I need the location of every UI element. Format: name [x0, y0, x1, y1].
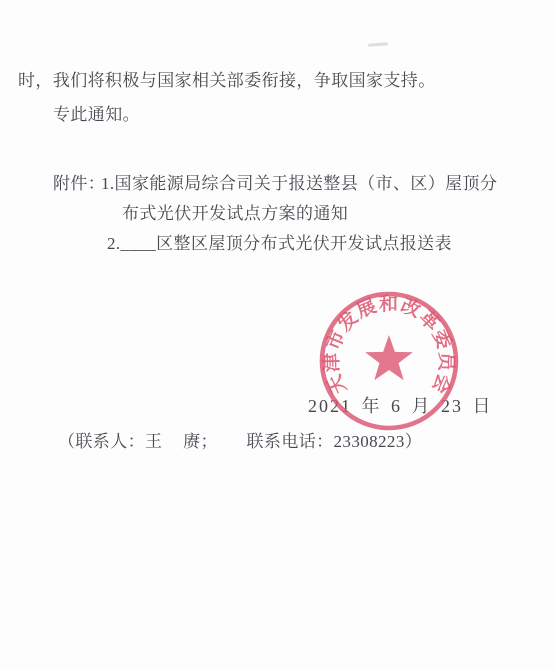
seal-text: 天津市发展和改革委员会	[320, 293, 457, 398]
body-paragraph-end: 时，我们将积极与国家相关部委衔接，争取国家支持。	[18, 66, 436, 91]
svg-text:天津市发展和改革委员会: 天津市发展和改革委员会	[320, 293, 457, 398]
contact-line: （联系人：王 赓； 联系电话：23308223）	[58, 427, 422, 452]
closing-phrase: 专此通知。	[53, 100, 140, 125]
document-date: 2021 年 6 月 23 日	[308, 392, 493, 418]
attachment-item2: 2.____区整区屋顶分布式光伏开发试点报送表	[107, 229, 452, 254]
star-icon	[365, 335, 413, 380]
scanned-document-page: 时，我们将积极与国家相关部委衔接，争取国家支持。 专此通知。 附件： 1.国家能…	[0, 0, 556, 670]
attachment-item1-line1: 1.国家能源局综合司关于报送整县（市、区）屋顶分	[101, 169, 497, 194]
contact-phone: 联系电话：23308223）	[247, 432, 423, 451]
official-seal: 天津市发展和改革委员会	[299, 271, 479, 451]
attachment-label: 附件：	[53, 169, 105, 194]
contact-label-and-surname: （联系人：王	[58, 432, 162, 451]
contact-given-name: 赓；	[183, 432, 218, 451]
scan-artifact	[368, 42, 388, 46]
attachment-item1-line2: 布式光伏开发试点方案的通知	[122, 199, 348, 224]
